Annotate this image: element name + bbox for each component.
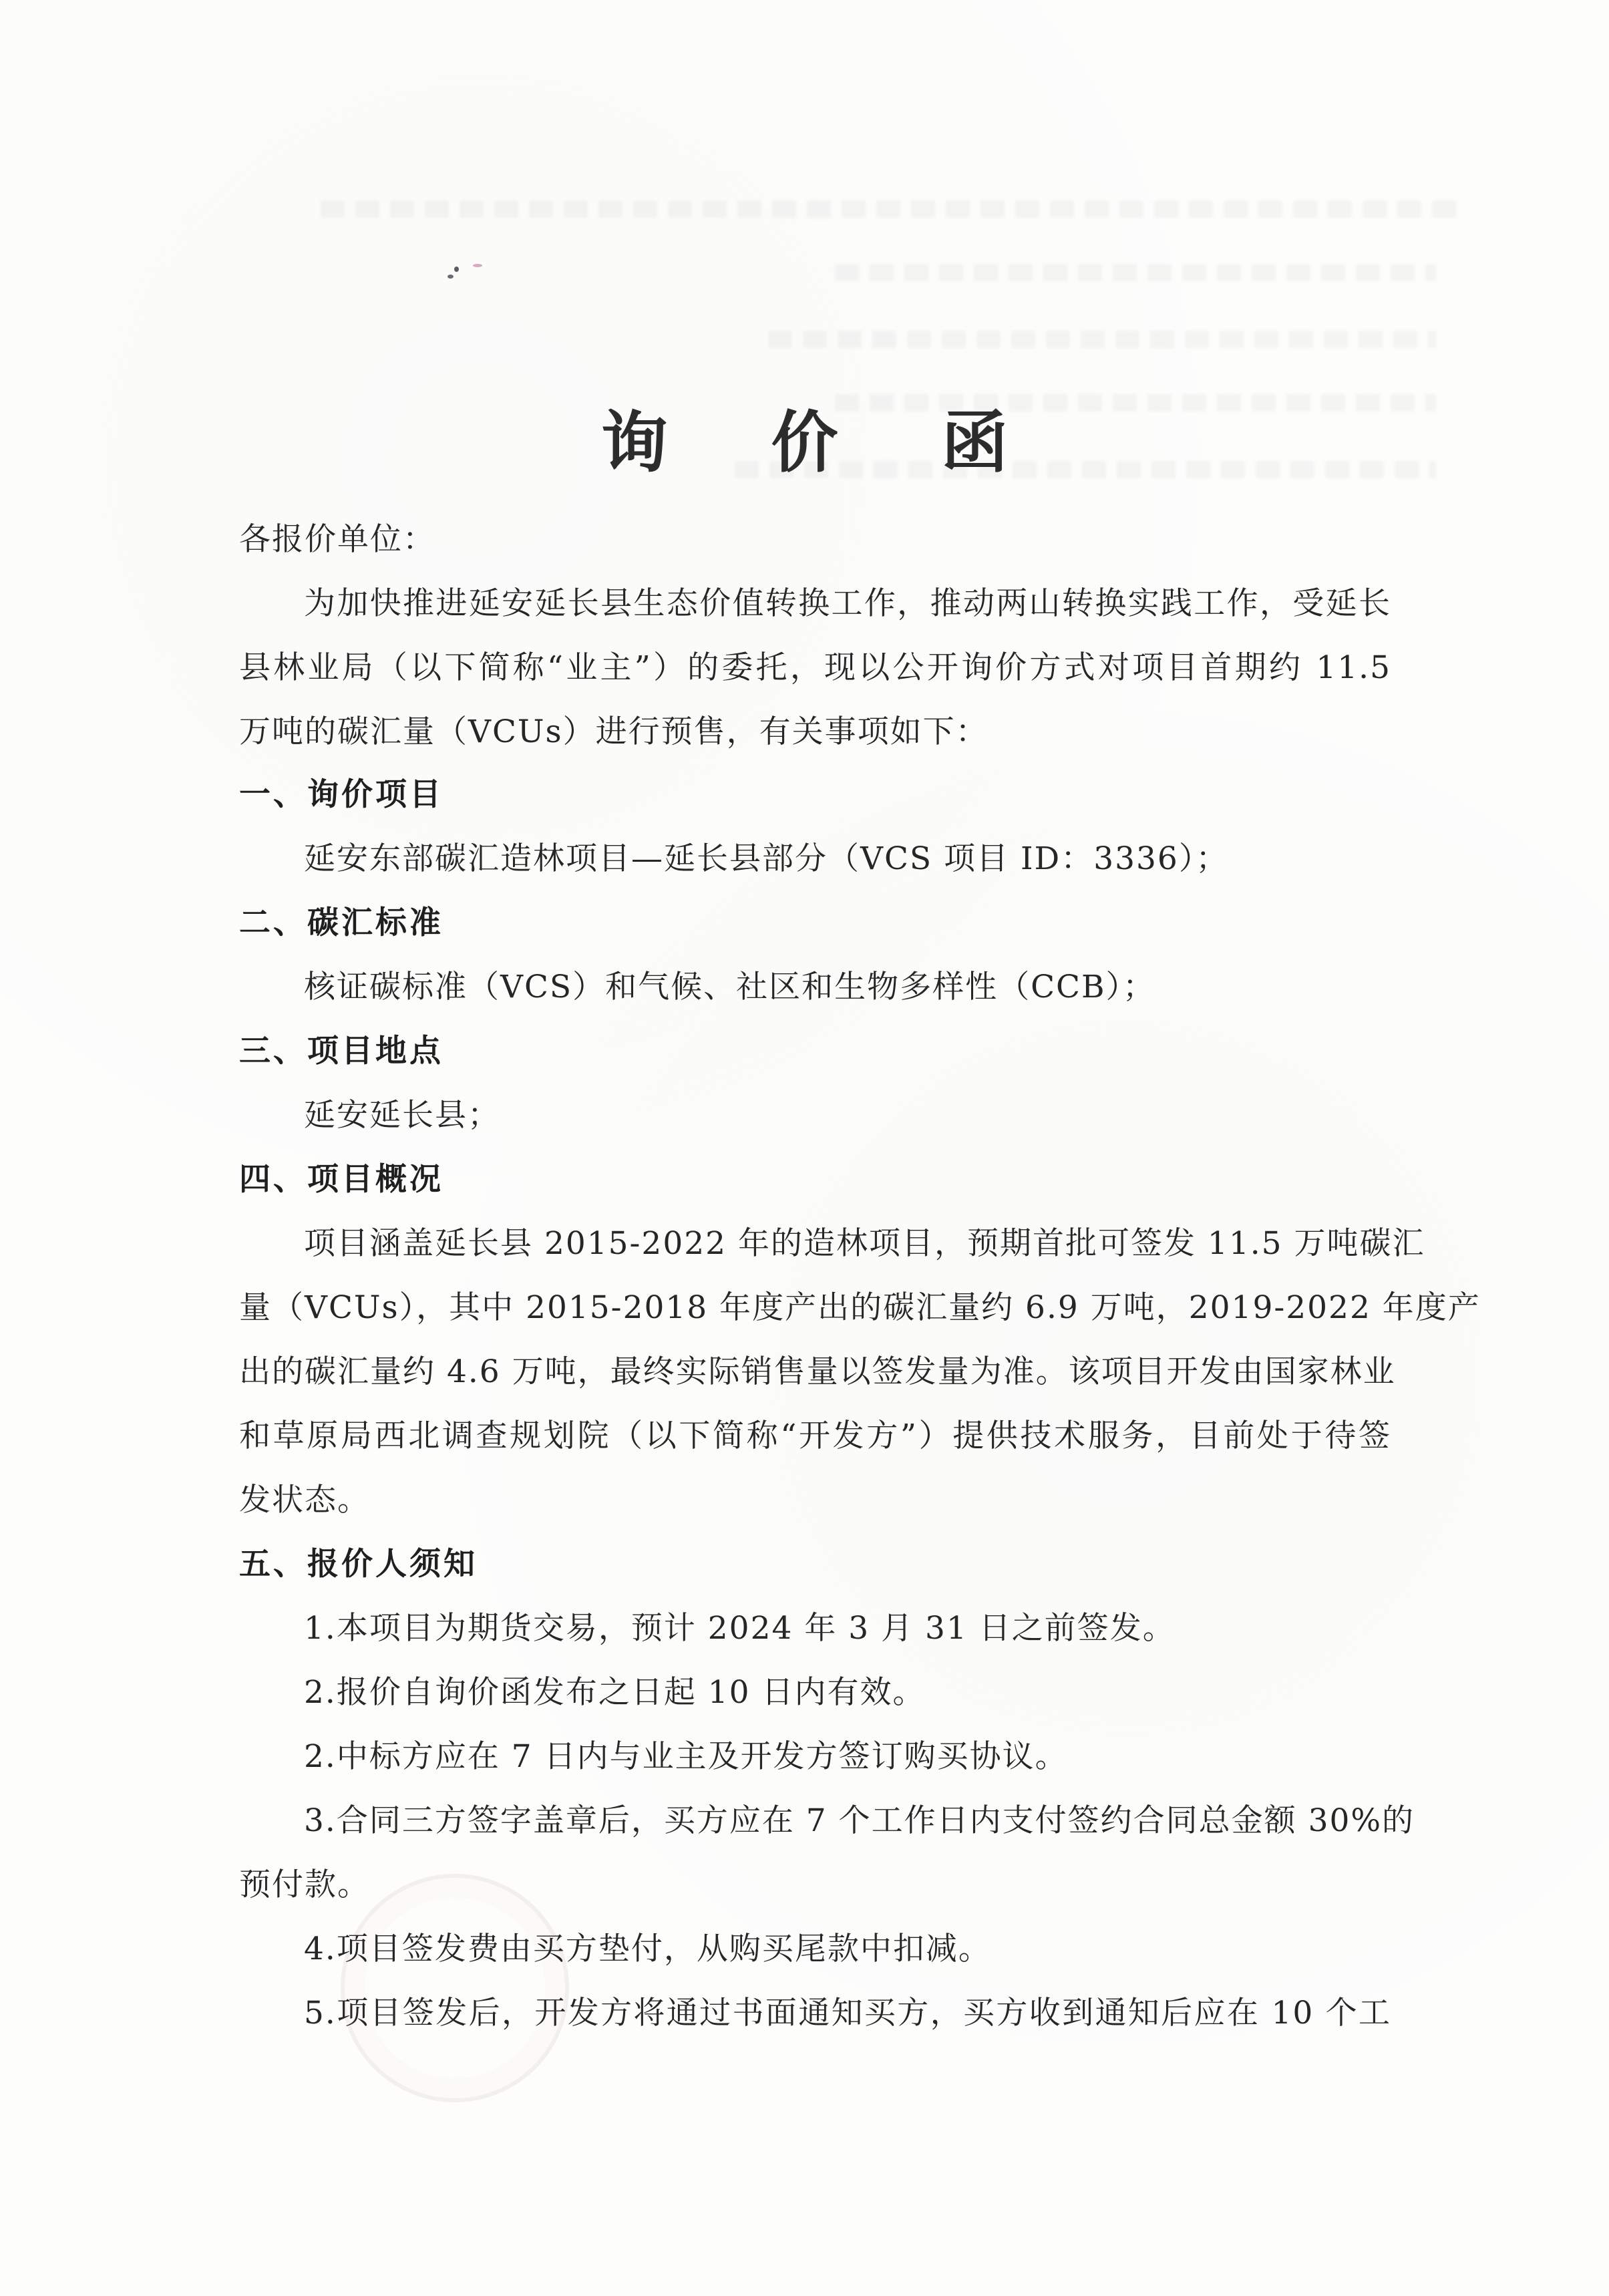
ink-specks [448,264,501,284]
notice-item: 2.中标方应在 7 日内与业主及开发方签订购买协议。 [304,1737,1391,1777]
section-heading-inquiry-item: 一、询价项目 [239,775,1391,815]
section-text: 项目涵盖延长县 2015-2022 年的造林项目，预期首批可签发 11.5 万吨… [304,1224,1391,1264]
notice-item: 1.本项目为期货交易，预计 2024 年 3 月 31 日之前签发。 [304,1609,1391,1649]
faint-stamp-impression [341,1874,569,2102]
intro-line: 县林业局（以下简称“业主”）的委托，现以公开询价方式对项目首期约 11.5 [239,648,1391,688]
section-text: 核证碳标准（VCS）和气候、社区和生物多样性（CCB）； [304,967,1391,1007]
notice-item: 5.项目签发后，开发方将通过书面通知买方，买方收到通知后应在 10 个工 [304,1993,1391,2033]
document-title: 询 价 函 [0,389,1609,485]
notice-item-continuation: 预付款。 [239,1865,1391,1905]
section-heading-carbon-standard: 二、碳汇标准 [239,903,1391,943]
section-heading-project-overview: 四、项目概况 [239,1160,1391,1200]
section-heading-project-location: 三、项目地点 [239,1031,1391,1072]
bleed-through-text [768,331,1436,348]
section-text: 和草原局西北调查规划院（以下简称“开发方”）提供技术服务，目前处于待签 [239,1416,1391,1456]
section-text: 延安东部碳汇造林项目—延长县部分（VCS 项目 ID：3336）； [304,839,1391,879]
bleed-through-text [835,264,1436,281]
section-heading-bidder-notice: 五、报价人须知 [239,1544,1391,1585]
section-text: 出的碳汇量约 4.6 万吨，最终实际销售量以签发量为准。该项目开发由国家林业 [239,1352,1391,1392]
intro-line: 为加快推进延安延长县生态价值转换工作，推动两山转换实践工作，受延长 [304,584,1391,624]
notice-item: 3.合同三方签字盖章后，买方应在 7 个工作日内支付签约合同总金额 30%的 [304,1801,1391,1841]
section-text: 延安延长县； [304,1096,1391,1136]
notice-item: 4.项目签发费由买方垫付，从购买尾款中扣减。 [304,1929,1391,1969]
intro-line: 万吨的碳汇量（VCUs）进行预售，有关事项如下： [239,712,1391,752]
section-text: 发状态。 [239,1480,1391,1520]
bleed-through-text [321,200,1456,218]
notice-item: 2.报价自询价函发布之日起 10 日内有效。 [304,1673,1391,1713]
section-text: 量（VCUs），其中 2015-2018 年度产出的碳汇量约 6.9 万吨，20… [239,1288,1391,1328]
salutation: 各报价单位： [239,520,1391,560]
